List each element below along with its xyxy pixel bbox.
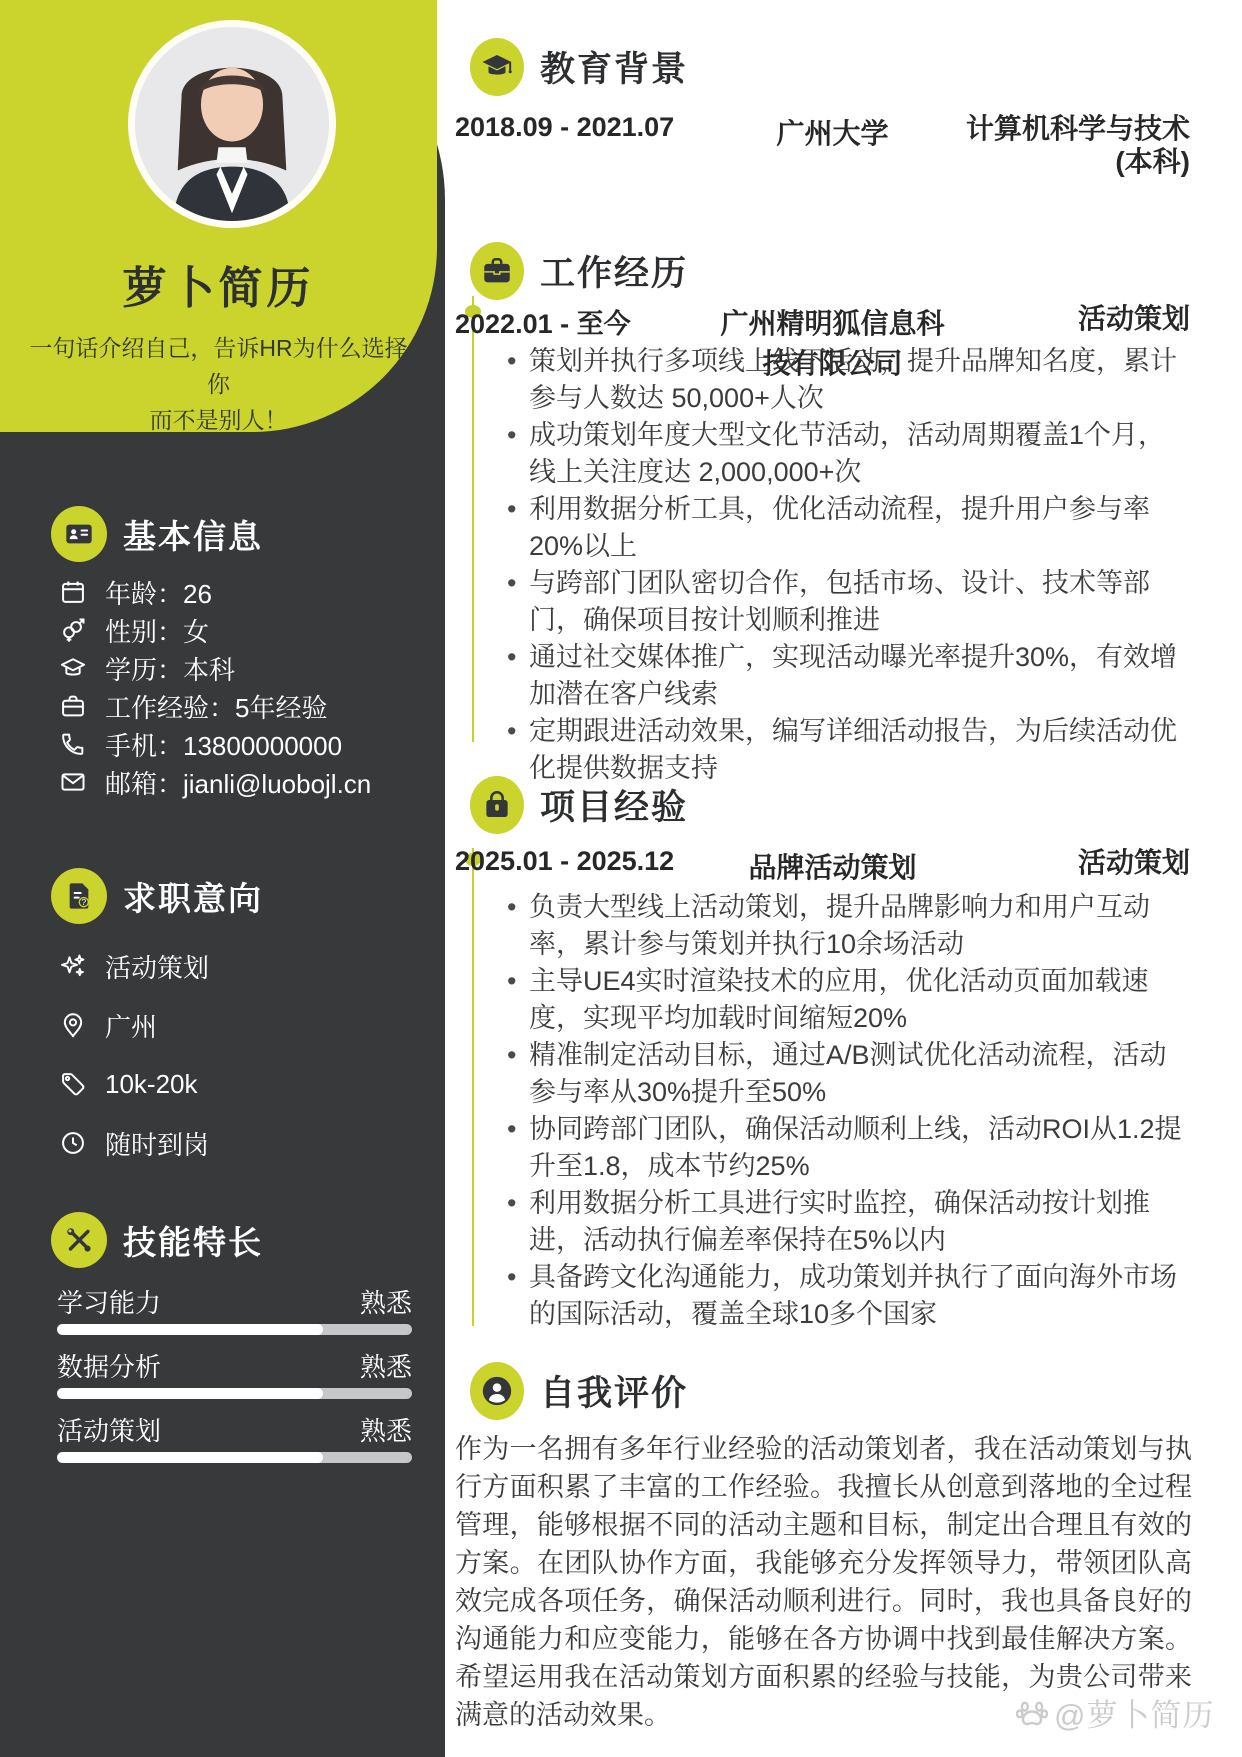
person-icon (470, 1362, 524, 1420)
list-item: 10k-20k (57, 1065, 209, 1103)
sparkles-icon (57, 950, 89, 982)
project-bullet: 主导UE4实时渲染技术的应用，优化活动页面加载速度，实现平均加载时间缩短20% (505, 963, 1187, 1037)
skill-progress-fill (57, 1388, 323, 1399)
work-period: 2022.01 - 至今 (455, 302, 715, 341)
skill-level: 熟悉 (360, 1347, 412, 1384)
education-period: 2018.09 - 2021.07 (455, 112, 715, 143)
list-item: 学历：本科 (57, 649, 371, 687)
calendar-icon (57, 576, 89, 608)
section-title: 自我评价 (540, 1366, 688, 1416)
project-bullet: 精准制定活动目标，通过A/B测试优化活动流程，活动参与率从30%提升至50% (505, 1037, 1187, 1111)
list-item: 活动策划 (57, 947, 209, 985)
list-item-label: 性别：女 (105, 612, 209, 649)
location-pin-icon (57, 1009, 89, 1041)
paw-icon (1014, 1695, 1050, 1731)
skill-progress-bar (57, 1452, 412, 1463)
basic-info-list: 年龄：26 性别：女 学历：本科 (57, 573, 371, 801)
project-name: 品牌活动策划 (715, 846, 950, 886)
candidate-name: 萝卜简历 (0, 252, 437, 316)
section-basic-info-header: 基本信息 (51, 506, 263, 562)
list-item-label: 活动策划 (105, 948, 209, 985)
tools-icon (51, 1212, 107, 1268)
skill-item: 学习能力 熟悉 (57, 1283, 412, 1335)
project-bullet: 协同跨部门团队，确保活动顺利上线，活动ROI从1.2提升至1.8，成本节约25% (505, 1111, 1187, 1185)
svg-text:?: ? (81, 897, 86, 907)
skills-list: 学习能力 熟悉 数据分析 熟悉 活动策划 熟悉 (57, 1283, 412, 1475)
skill-name: 活动策划 (57, 1411, 161, 1448)
list-item-label: 邮箱：jianli@luobojl.cn (105, 764, 371, 801)
work-bullet: 成功策划年度大型文化节活动，活动周期覆盖1个月，线上关注度达 2,000,000… (505, 417, 1187, 491)
skill-item: 数据分析 熟悉 (57, 1347, 412, 1399)
list-item: 工作经验：5年经验 (57, 687, 371, 725)
self-evaluation-text: 作为一名拥有多年行业经验的活动策划者，我在活动策划与执行方面积累了丰富的工作经验… (455, 1430, 1192, 1734)
list-item: 随时到岗 (57, 1124, 209, 1162)
section-self-evaluation-header: 自我评价 (470, 1362, 688, 1420)
section-job-intent-header: ? 求职意向 (51, 868, 263, 924)
skill-level: 熟悉 (360, 1411, 412, 1448)
work-role: 活动策划 (950, 302, 1190, 335)
section-project-header: 项目经验 (470, 776, 688, 834)
work-bullet: 与跨部门团队密切合作，包括市场、设计、技术等部门，确保项目按计划顺利推进 (505, 565, 1187, 639)
section-skills-header: 技能特长 (51, 1212, 263, 1268)
education-school: 广州大学 (715, 112, 950, 152)
graduation-cap-icon (470, 38, 524, 96)
skill-item: 活动策划 熟悉 (57, 1411, 412, 1463)
job-intent-list: 活动策划 广州 10k-20k 随时到岗 (57, 947, 209, 1183)
resume-question-icon: ? (51, 868, 107, 924)
project-role: 活动策划 (950, 846, 1190, 879)
list-item-label: 广州 (105, 1007, 157, 1044)
avatar (128, 20, 336, 228)
list-item-label: 学历：本科 (105, 650, 235, 687)
list-item: 性别：女 (57, 611, 371, 649)
briefcase-icon (470, 242, 524, 300)
skill-name: 数据分析 (57, 1347, 161, 1384)
list-item: 年龄：26 (57, 573, 371, 611)
watermark: @萝卜简历 (1014, 1690, 1214, 1735)
work-bullet: 策划并执行多项线上线下活动，提升品牌知名度，累计参与人数达 50,000+人次 (505, 343, 1187, 417)
list-item: 广州 (57, 1006, 209, 1044)
watermark-label: @萝卜简历 (1054, 1690, 1214, 1735)
gender-icon (57, 614, 89, 646)
list-item-label: 手机：13800000000 (105, 726, 342, 763)
project-bullet: 负责大型线上活动策划，提升品牌影响力和用户互动率，累计参与策划并执行10余场活动 (505, 889, 1187, 963)
list-item-label: 年龄：26 (105, 574, 212, 611)
project-bullet: 具备跨文化沟通能力，成功策划并执行了面向海外市场的国际活动，覆盖全球10多个国家 (505, 1259, 1187, 1333)
work-bullet: 通过社交媒体推广，实现活动曝光率提升30%，有效增加潜在客户线索 (505, 639, 1187, 713)
price-tag-icon (57, 1068, 89, 1100)
tagline-line-2: 而不是别人！ (20, 402, 417, 438)
project-period: 2025.01 - 2025.12 (455, 846, 715, 877)
briefcase-icon (57, 690, 89, 722)
clock-icon (57, 1127, 89, 1159)
project-bullet-list: 负责大型线上活动策划，提升品牌影响力和用户互动率，累计参与策划并执行10余场活动… (505, 889, 1187, 1333)
skill-progress-bar (57, 1388, 412, 1399)
education-major-name: 计算机科学与技术 (966, 113, 1190, 144)
education-degree: (本科) (1115, 146, 1190, 177)
mail-icon (57, 766, 89, 798)
id-card-icon (51, 506, 107, 562)
section-title: 教育背景 (540, 42, 688, 92)
list-item: 手机：13800000000 (57, 725, 371, 763)
tagline-line-1: 一句话介绍自己，告诉HR为什么选择你 (20, 330, 417, 402)
section-title: 项目经验 (540, 780, 688, 830)
project-timeline-line (472, 848, 474, 1326)
list-item-label: 工作经验：5年经验 (105, 688, 327, 725)
section-education-header: 教育背景 (470, 38, 688, 96)
graduation-cap-icon (57, 652, 89, 684)
work-bullet-list: 策划并执行多项线上线下活动，提升品牌知名度，累计参与人数达 50,000+人次 … (505, 343, 1187, 787)
section-title: 基本信息 (123, 511, 263, 558)
phone-icon (57, 728, 89, 760)
skill-progress-fill (57, 1324, 323, 1335)
education-entry: 2018.09 - 2021.07 广州大学 计算机科学与技术 (本科) (455, 112, 1190, 178)
list-item-label: 10k-20k (105, 1069, 198, 1100)
section-title: 技能特长 (123, 1217, 263, 1264)
education-major: 计算机科学与技术 (本科) (950, 112, 1190, 178)
section-work-header: 工作经历 (470, 242, 688, 300)
skill-name: 学习能力 (57, 1283, 161, 1320)
work-bullet: 利用数据分析工具，优化活动流程，提升用户参与率20%以上 (505, 491, 1187, 565)
project-entry: 2025.01 - 2025.12 品牌活动策划 活动策划 (455, 846, 1190, 886)
avatar-illustration (135, 27, 329, 221)
list-item: 邮箱：jianli@luobojl.cn (57, 763, 371, 801)
section-title: 求职意向 (123, 873, 263, 920)
skill-progress-bar (57, 1324, 412, 1335)
skill-level: 熟悉 (360, 1283, 412, 1320)
list-item-label: 随时到岗 (105, 1125, 209, 1162)
section-title: 工作经历 (540, 246, 688, 296)
project-bullet: 利用数据分析工具进行实时监控，确保活动按计划推进，活动执行偏差率保持在5%以内 (505, 1185, 1187, 1259)
project-bag-icon (470, 776, 524, 834)
skill-progress-fill (57, 1452, 323, 1463)
tagline: 一句话介绍自己，告诉HR为什么选择你 而不是别人！ (20, 330, 417, 438)
resume-page: 萝卜简历 一句话介绍自己，告诉HR为什么选择你 而不是别人！ 基本信息 年龄 (0, 0, 1242, 1757)
